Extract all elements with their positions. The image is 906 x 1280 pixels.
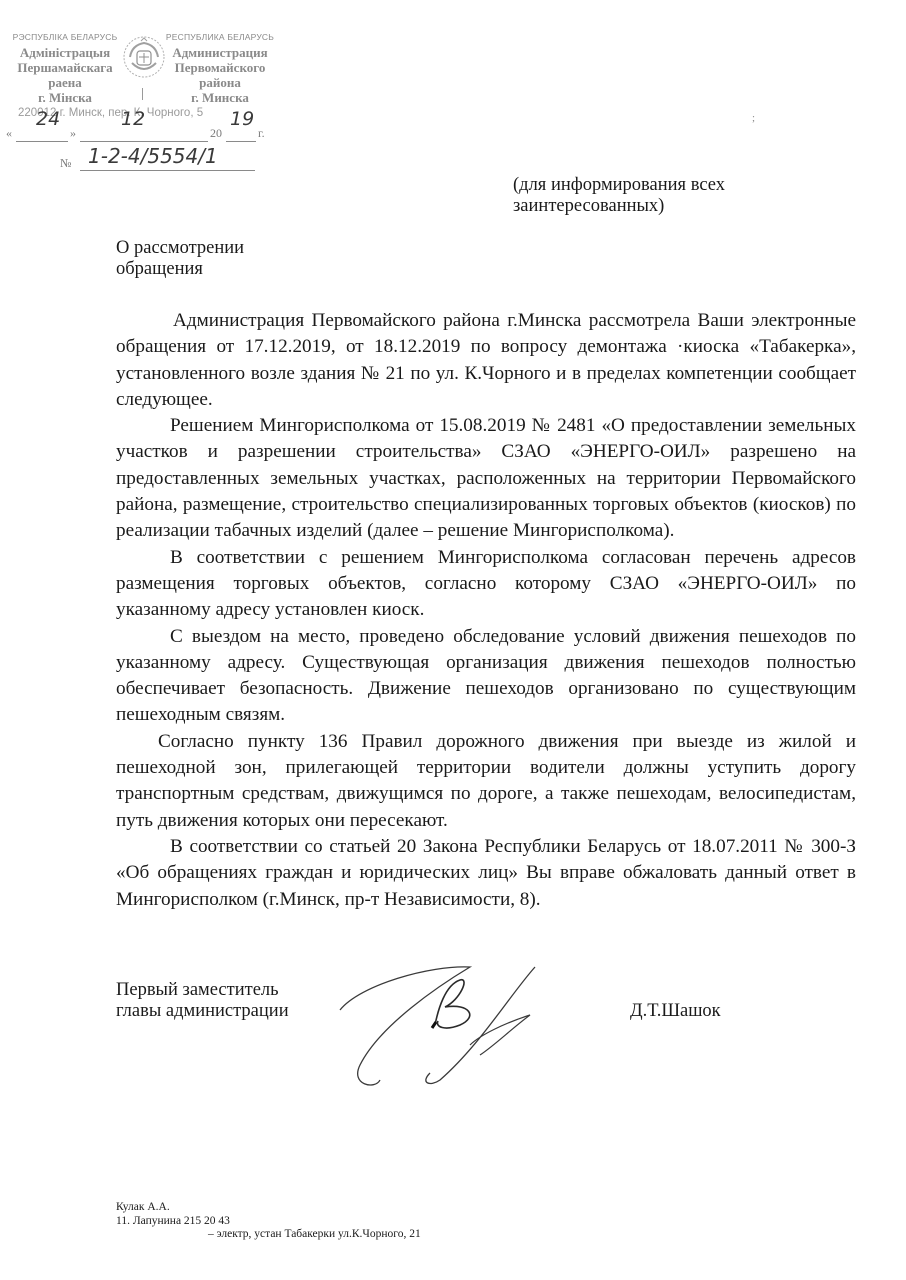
- addressee-line2: заинтересованных): [513, 196, 725, 217]
- paragraph-4: С выездом на место, проведено обследован…: [116, 624, 856, 729]
- coat-of-arms-icon: [122, 35, 166, 79]
- signatory-position: Первый заместитель главы администрации: [116, 980, 289, 1022]
- signatory-name: Д.Т.Шашок: [630, 1001, 721, 1022]
- org-name-line3-ru: района: [165, 75, 275, 90]
- file-note: – электр, устан Табакерки ул.К.Чорного, …: [116, 1228, 421, 1242]
- handwritten-signature-icon: [320, 955, 580, 1095]
- year-prefix: 20: [210, 126, 222, 141]
- org-name-line3-by: раена: [10, 75, 120, 90]
- letter-body: Администрация Первомайского района г.Мин…: [116, 308, 856, 913]
- executor-name: Кулак А.А.: [116, 1201, 421, 1215]
- subject: О рассмотрении обращения: [116, 238, 244, 280]
- day-underline: [16, 141, 68, 142]
- executor-phone: 11. Лапунина 215 20 43: [116, 1215, 421, 1229]
- position-line2: главы администрации: [116, 1001, 289, 1022]
- date-day: 24: [36, 108, 60, 130]
- subject-line1: О рассмотрении: [116, 238, 244, 259]
- paragraph-2: Решением Мингорисполкома от 15.08.2019 №…: [116, 413, 856, 544]
- year-underline: [226, 141, 256, 142]
- month-underline: [80, 141, 208, 142]
- paragraph-3: В соответствии с решением Мингорисполком…: [116, 545, 856, 624]
- addressee-line1: (для информирования всех: [513, 175, 725, 196]
- subject-line2: обращения: [116, 259, 244, 280]
- emblem-divider: [142, 88, 143, 100]
- position-line1: Первый заместитель: [116, 980, 289, 1001]
- paragraph-6: В соответствии со статьей 20 Закона Респ…: [116, 834, 856, 913]
- document-date-number: « 24 » 12 20 19 г.: [6, 104, 271, 144]
- country-name-ru: РЕСПУБЛИКА БЕЛАРУСЬ: [165, 30, 275, 45]
- year-suffix: 19: [230, 108, 254, 130]
- date-open-quote: «: [6, 126, 12, 141]
- document-number: № 1-2-4/5554/1: [60, 150, 270, 176]
- letterhead-belarusian: РЭСПУБЛІКА БЕЛАРУСЬ Адміністрацыя Першам…: [10, 30, 120, 105]
- date-month: 12: [121, 108, 145, 130]
- org-name-line4-ru: г. Минска: [165, 90, 275, 105]
- date-close-quote: »: [70, 126, 76, 141]
- paragraph-5: Согласно пункту 136 Правил дорожного дви…: [116, 729, 856, 834]
- executor-footer: Кулак А.А. 11. Лапунина 215 20 43 – элек…: [116, 1201, 421, 1242]
- country-name-by: РЭСПУБЛІКА БЕЛАРУСЬ: [10, 30, 120, 45]
- org-name-line1-by: Адміністрацыя: [10, 45, 120, 60]
- org-name-line2-ru: Первомайского: [165, 60, 275, 75]
- letterhead-russian: РЕСПУБЛИКА БЕЛАРУСЬ Администрация Первом…: [165, 30, 275, 105]
- org-name-line4-by: г. Мінска: [10, 90, 120, 105]
- number-underline: [80, 170, 255, 171]
- number-value: 1-2-4/5554/1: [88, 144, 218, 168]
- org-name-line1-ru: Администрация: [165, 45, 275, 60]
- addressee: (для информирования всех заинтересованны…: [513, 175, 725, 217]
- year-mark: г.: [258, 126, 265, 141]
- org-name-line2-by: Першамайскага: [10, 60, 120, 75]
- paragraph-1: Администрация Первомайского района г.Мин…: [116, 308, 856, 413]
- number-label: №: [60, 156, 71, 171]
- margin-mark: ;: [752, 112, 755, 124]
